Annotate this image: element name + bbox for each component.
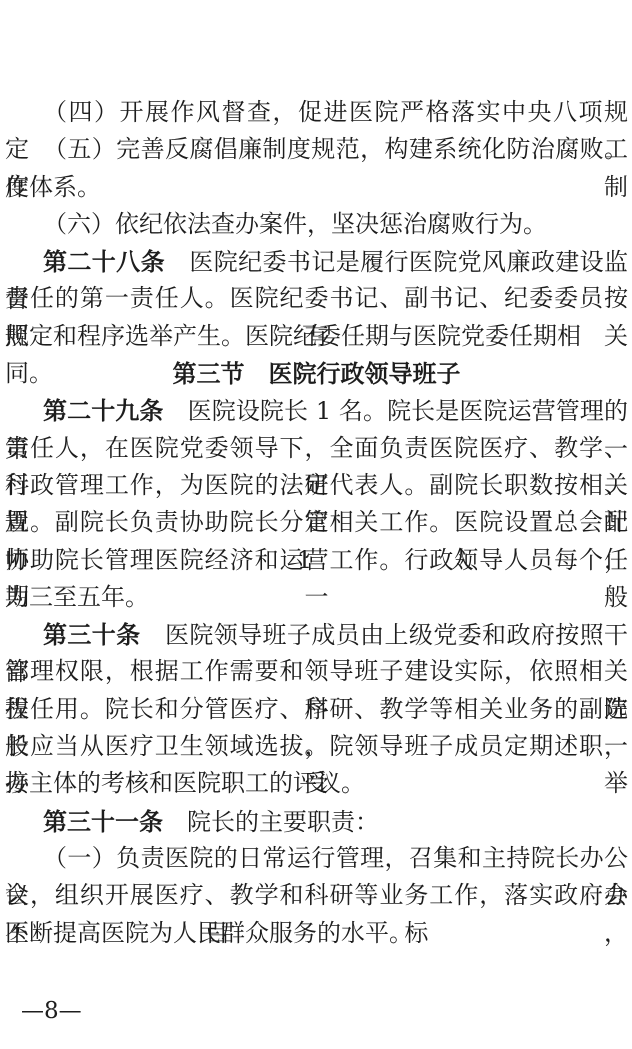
page-number: —8—: [21, 997, 82, 1025]
section-heading: 第三节 医院行政领导班子: [5, 355, 628, 392]
document-line: 议，组织开展医疗、教学和科研等业务工作，落实政府办医目标，: [5, 877, 628, 914]
document-line: 置。副院长负责协助院长分管相关工作。医院设置总会计师 1 人，: [5, 504, 628, 541]
line-text: 不断提高医院为人民群众服务的水平。: [5, 919, 413, 947]
line-text: 院长的主要职责：: [163, 808, 379, 836]
line-text: 办主体的考核和医院职工的评议。: [5, 769, 365, 797]
page-content: （四）开展作风督查，促进医院严格落实中央八项规定。 （五）完善反腐倡廉制度规范，…: [5, 94, 628, 952]
document-line: 第三十一条 院长的主要职责：: [5, 803, 628, 840]
document-line: 行政管理工作，为医院的法定代表人。副院长职数按相关规定配: [5, 467, 628, 504]
document-page: （四）开展作风督查，促进医院严格落实中央八项规定。 （五）完善反腐倡廉制度规范，…: [0, 0, 632, 1049]
document-line: （六）依纪依法查办案件，坚决惩治腐败行为。: [5, 206, 628, 243]
document-line: 第三十条 医院领导班子成员由上级党委和政府按照干部: [5, 616, 628, 653]
article-number: 第三十条: [43, 620, 141, 649]
document-line: 第二十九条 医院设院长 1 名。院长是医院运营管理的第一: [5, 392, 628, 429]
document-line: 拔任用。院长和分管医疗、科研、教学等相关业务的副院长，一: [5, 691, 628, 728]
document-line: （五）完善反腐倡廉制度规范，构建系统化防治腐败工作制: [5, 131, 628, 168]
article-number: 第二十九条: [43, 396, 164, 425]
line-text: 为三至五年。: [5, 583, 149, 611]
document-line: 协助院长管理医院经济和运营工作。行政领导人员每个任期一般: [5, 542, 628, 579]
document-line: 规定和程序选举产生。医院纪委任期与医院党委任期相同。: [5, 318, 628, 355]
document-line: 责任人，在医院党委领导下，全面负责医院医疗、教学、科研、: [5, 430, 628, 467]
document-line: 般应当从医疗卫生领域选拔。院领导班子成员定期述职，接受举: [5, 728, 628, 765]
article-number: 第三十一条: [43, 807, 163, 836]
document-line: 管理权限，根据工作需要和领导班子建设实际，依照相关程序选: [5, 653, 628, 690]
line-text: 度体系。: [5, 173, 101, 201]
document-line: 责任的第一责任人。医院纪委书记、副书记、纪委委员按照有关: [5, 280, 628, 317]
section-heading-text: 第三节 医院行政领导班子: [173, 359, 461, 388]
article-number: 第二十八条: [43, 247, 165, 276]
document-line: （一）负责医院的日常运行管理，召集和主持院长办公会会: [5, 840, 628, 877]
line-text: （六）依纪依法查办案件，坚决惩治腐败行为。: [43, 210, 547, 238]
document-line: 第二十八条 医院纪委书记是履行医院党风廉政建设监督: [5, 243, 628, 280]
document-line: （四）开展作风督查，促进医院严格落实中央八项规定。: [5, 94, 628, 131]
